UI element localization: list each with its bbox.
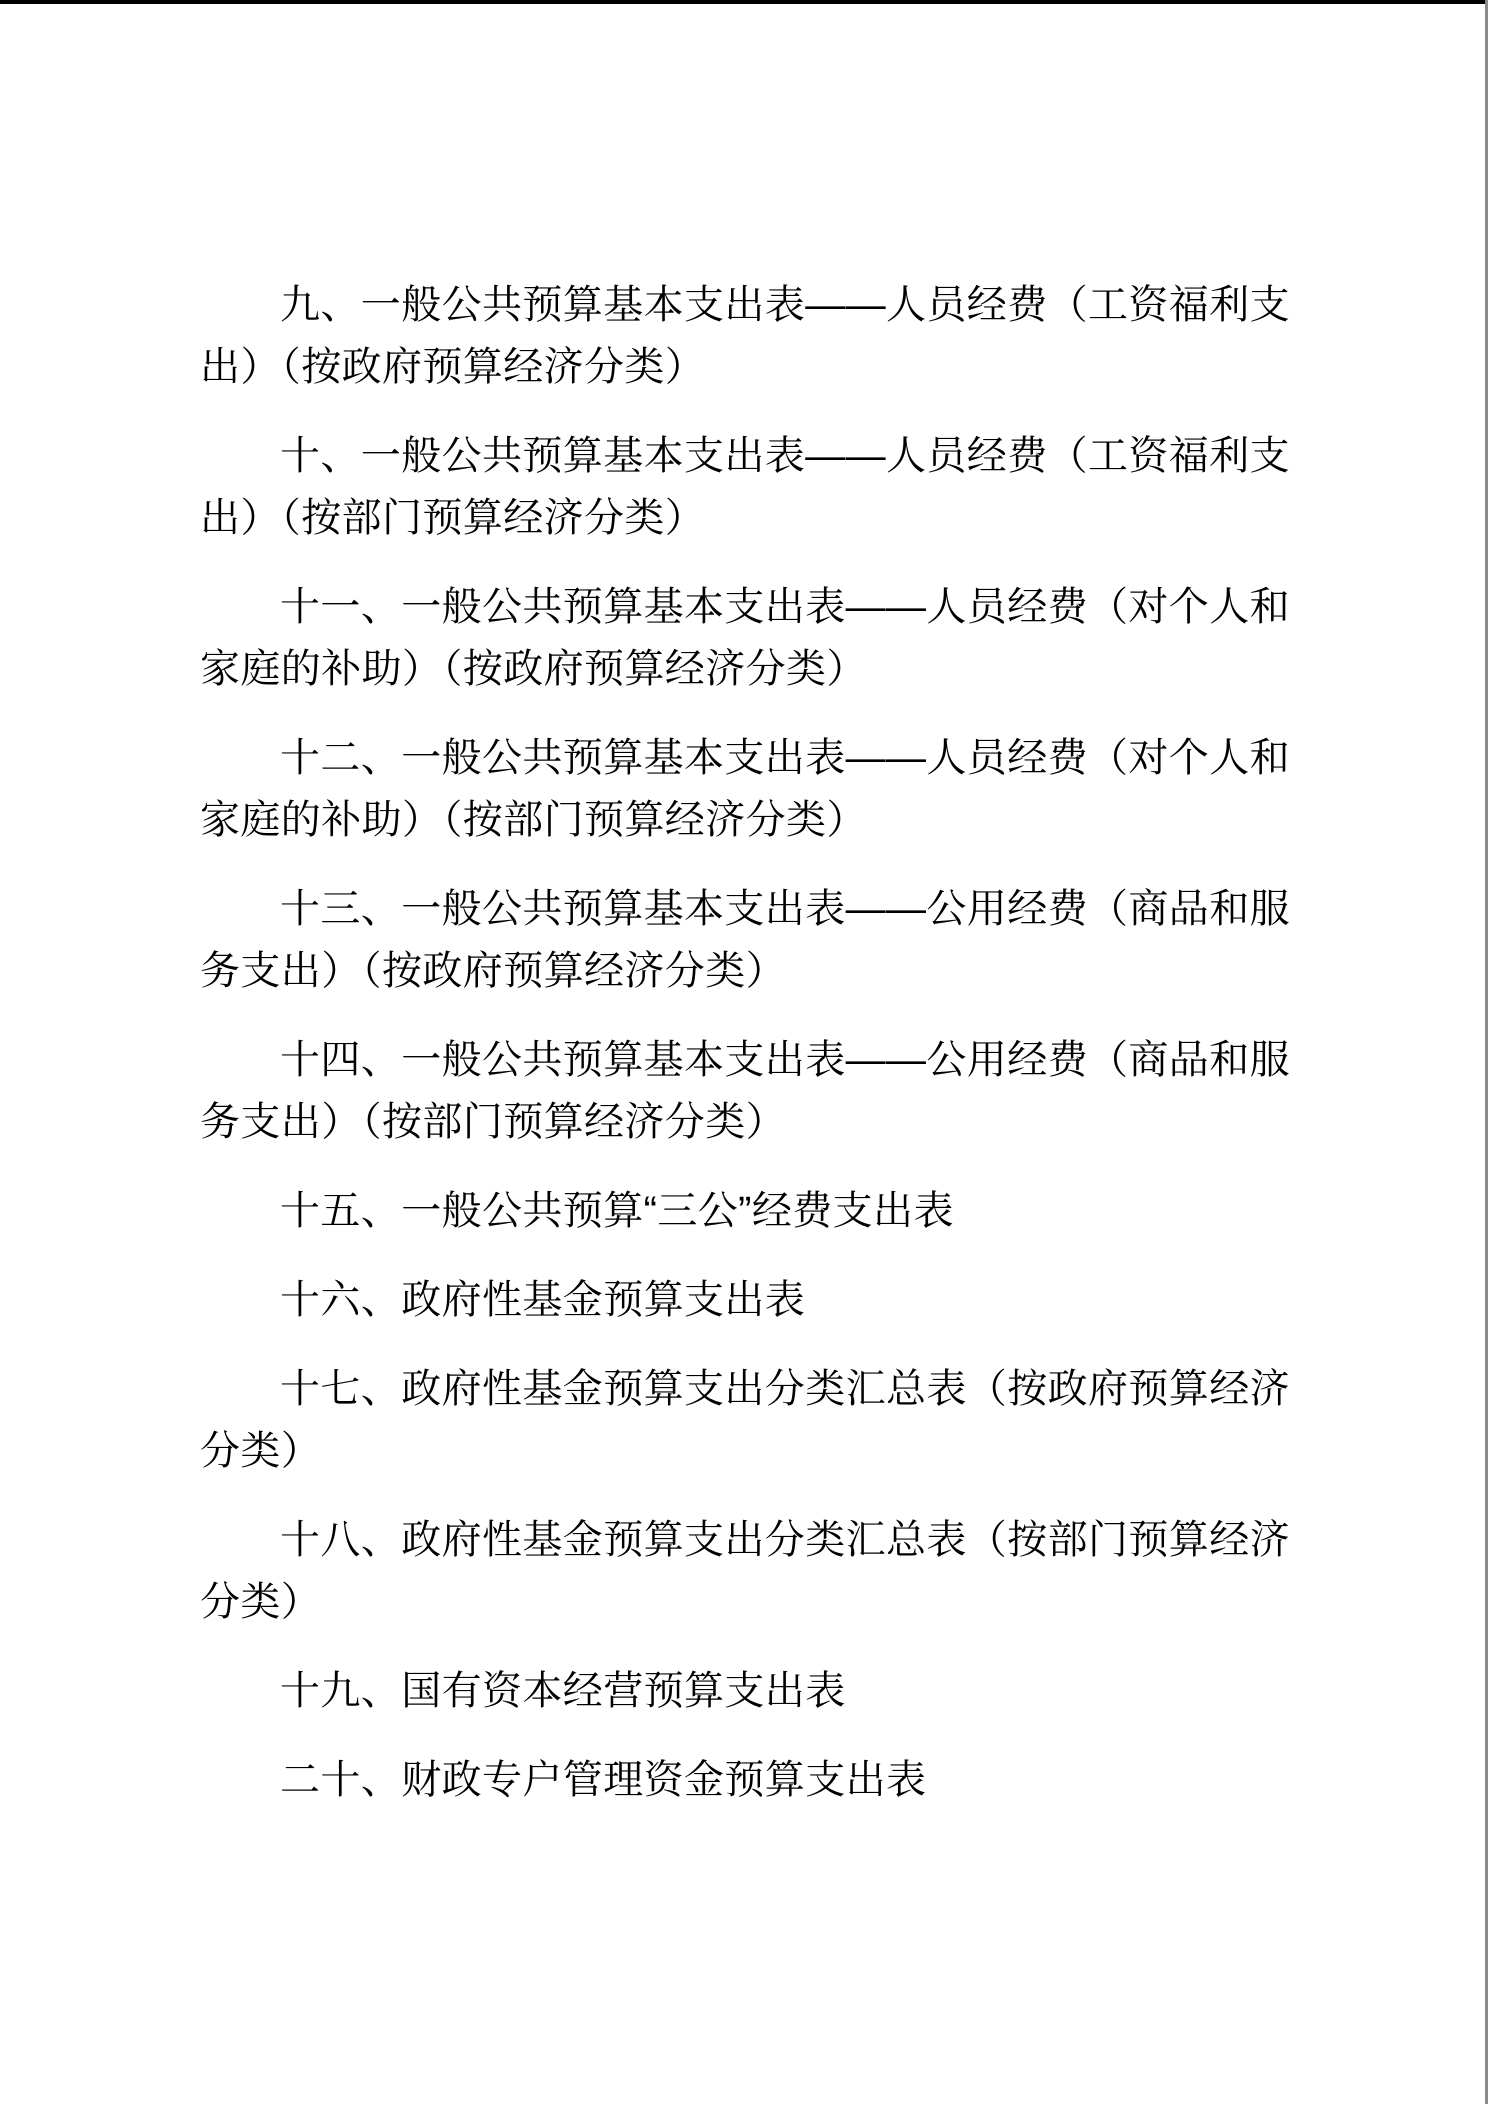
list-item-line: 务支出）（按部门预算经济分类） (200, 1091, 1310, 1153)
list-item-line: 十八、政府性基金预算支出分类汇总表（按部门预算经济 (200, 1509, 1310, 1571)
document-page: 九、一般公共预算基本支出表——人员经费（工资福利支 出）（按政府预算经济分类） … (0, 0, 1488, 2104)
list-item-line: 出）（按政府预算经济分类） (200, 336, 1310, 398)
list-item-line: 十二、一般公共预算基本支出表——人员经费（对个人和 (200, 727, 1310, 789)
list-item-17: 十七、政府性基金预算支出分类汇总表（按政府预算经济 分类） (200, 1358, 1310, 1482)
list-item-19: 十九、国有资本经营预算支出表 (200, 1660, 1310, 1722)
list-item-9: 九、一般公共预算基本支出表——人员经费（工资福利支 出）（按政府预算经济分类） (200, 274, 1310, 398)
list-item-line: 十一、一般公共预算基本支出表——人员经费（对个人和 (200, 576, 1310, 638)
list-item-line: 家庭的补助）（按部门预算经济分类） (200, 789, 1310, 851)
list-item-line: 家庭的补助）（按政府预算经济分类） (200, 638, 1310, 700)
list-item-12: 十二、一般公共预算基本支出表——人员经费（对个人和 家庭的补助）（按部门预算经济… (200, 727, 1310, 851)
list-item-18: 十八、政府性基金预算支出分类汇总表（按部门预算经济 分类） (200, 1509, 1310, 1633)
list-item-line: 分类） (200, 1420, 1310, 1482)
list-item-line: 十六、政府性基金预算支出表 (200, 1269, 1310, 1331)
list-item-line: 十、一般公共预算基本支出表——人员经费（工资福利支 (200, 425, 1310, 487)
list-item-line: 十三、一般公共预算基本支出表——公用经费（商品和服 (200, 878, 1310, 940)
list-item-13: 十三、一般公共预算基本支出表——公用经费（商品和服 务支出）（按政府预算经济分类… (200, 878, 1310, 1002)
page-top-edge (0, 0, 1488, 4)
list-item-line: 十五、一般公共预算“三公”经费支出表 (200, 1180, 1310, 1242)
document-body: 九、一般公共预算基本支出表——人员经费（工资福利支 出）（按政府预算经济分类） … (200, 274, 1310, 1838)
list-item-20: 二十、财政专户管理资金预算支出表 (200, 1749, 1310, 1811)
list-item-11: 十一、一般公共预算基本支出表——人员经费（对个人和 家庭的补助）（按政府预算经济… (200, 576, 1310, 700)
list-item-line: 出）（按部门预算经济分类） (200, 487, 1310, 549)
list-item-14: 十四、一般公共预算基本支出表——公用经费（商品和服 务支出）（按部门预算经济分类… (200, 1029, 1310, 1153)
list-item-line: 十九、国有资本经营预算支出表 (200, 1660, 1310, 1722)
list-item-line: 务支出）（按政府预算经济分类） (200, 940, 1310, 1002)
list-item-line: 十七、政府性基金预算支出分类汇总表（按政府预算经济 (200, 1358, 1310, 1420)
list-item-line: 九、一般公共预算基本支出表——人员经费（工资福利支 (200, 274, 1310, 336)
list-item-line: 二十、财政专户管理资金预算支出表 (200, 1749, 1310, 1811)
list-item-15: 十五、一般公共预算“三公”经费支出表 (200, 1180, 1310, 1242)
list-item-16: 十六、政府性基金预算支出表 (200, 1269, 1310, 1331)
list-item-10: 十、一般公共预算基本支出表——人员经费（工资福利支 出）（按部门预算经济分类） (200, 425, 1310, 549)
list-item-line: 分类） (200, 1571, 1310, 1633)
list-item-line: 十四、一般公共预算基本支出表——公用经费（商品和服 (200, 1029, 1310, 1091)
